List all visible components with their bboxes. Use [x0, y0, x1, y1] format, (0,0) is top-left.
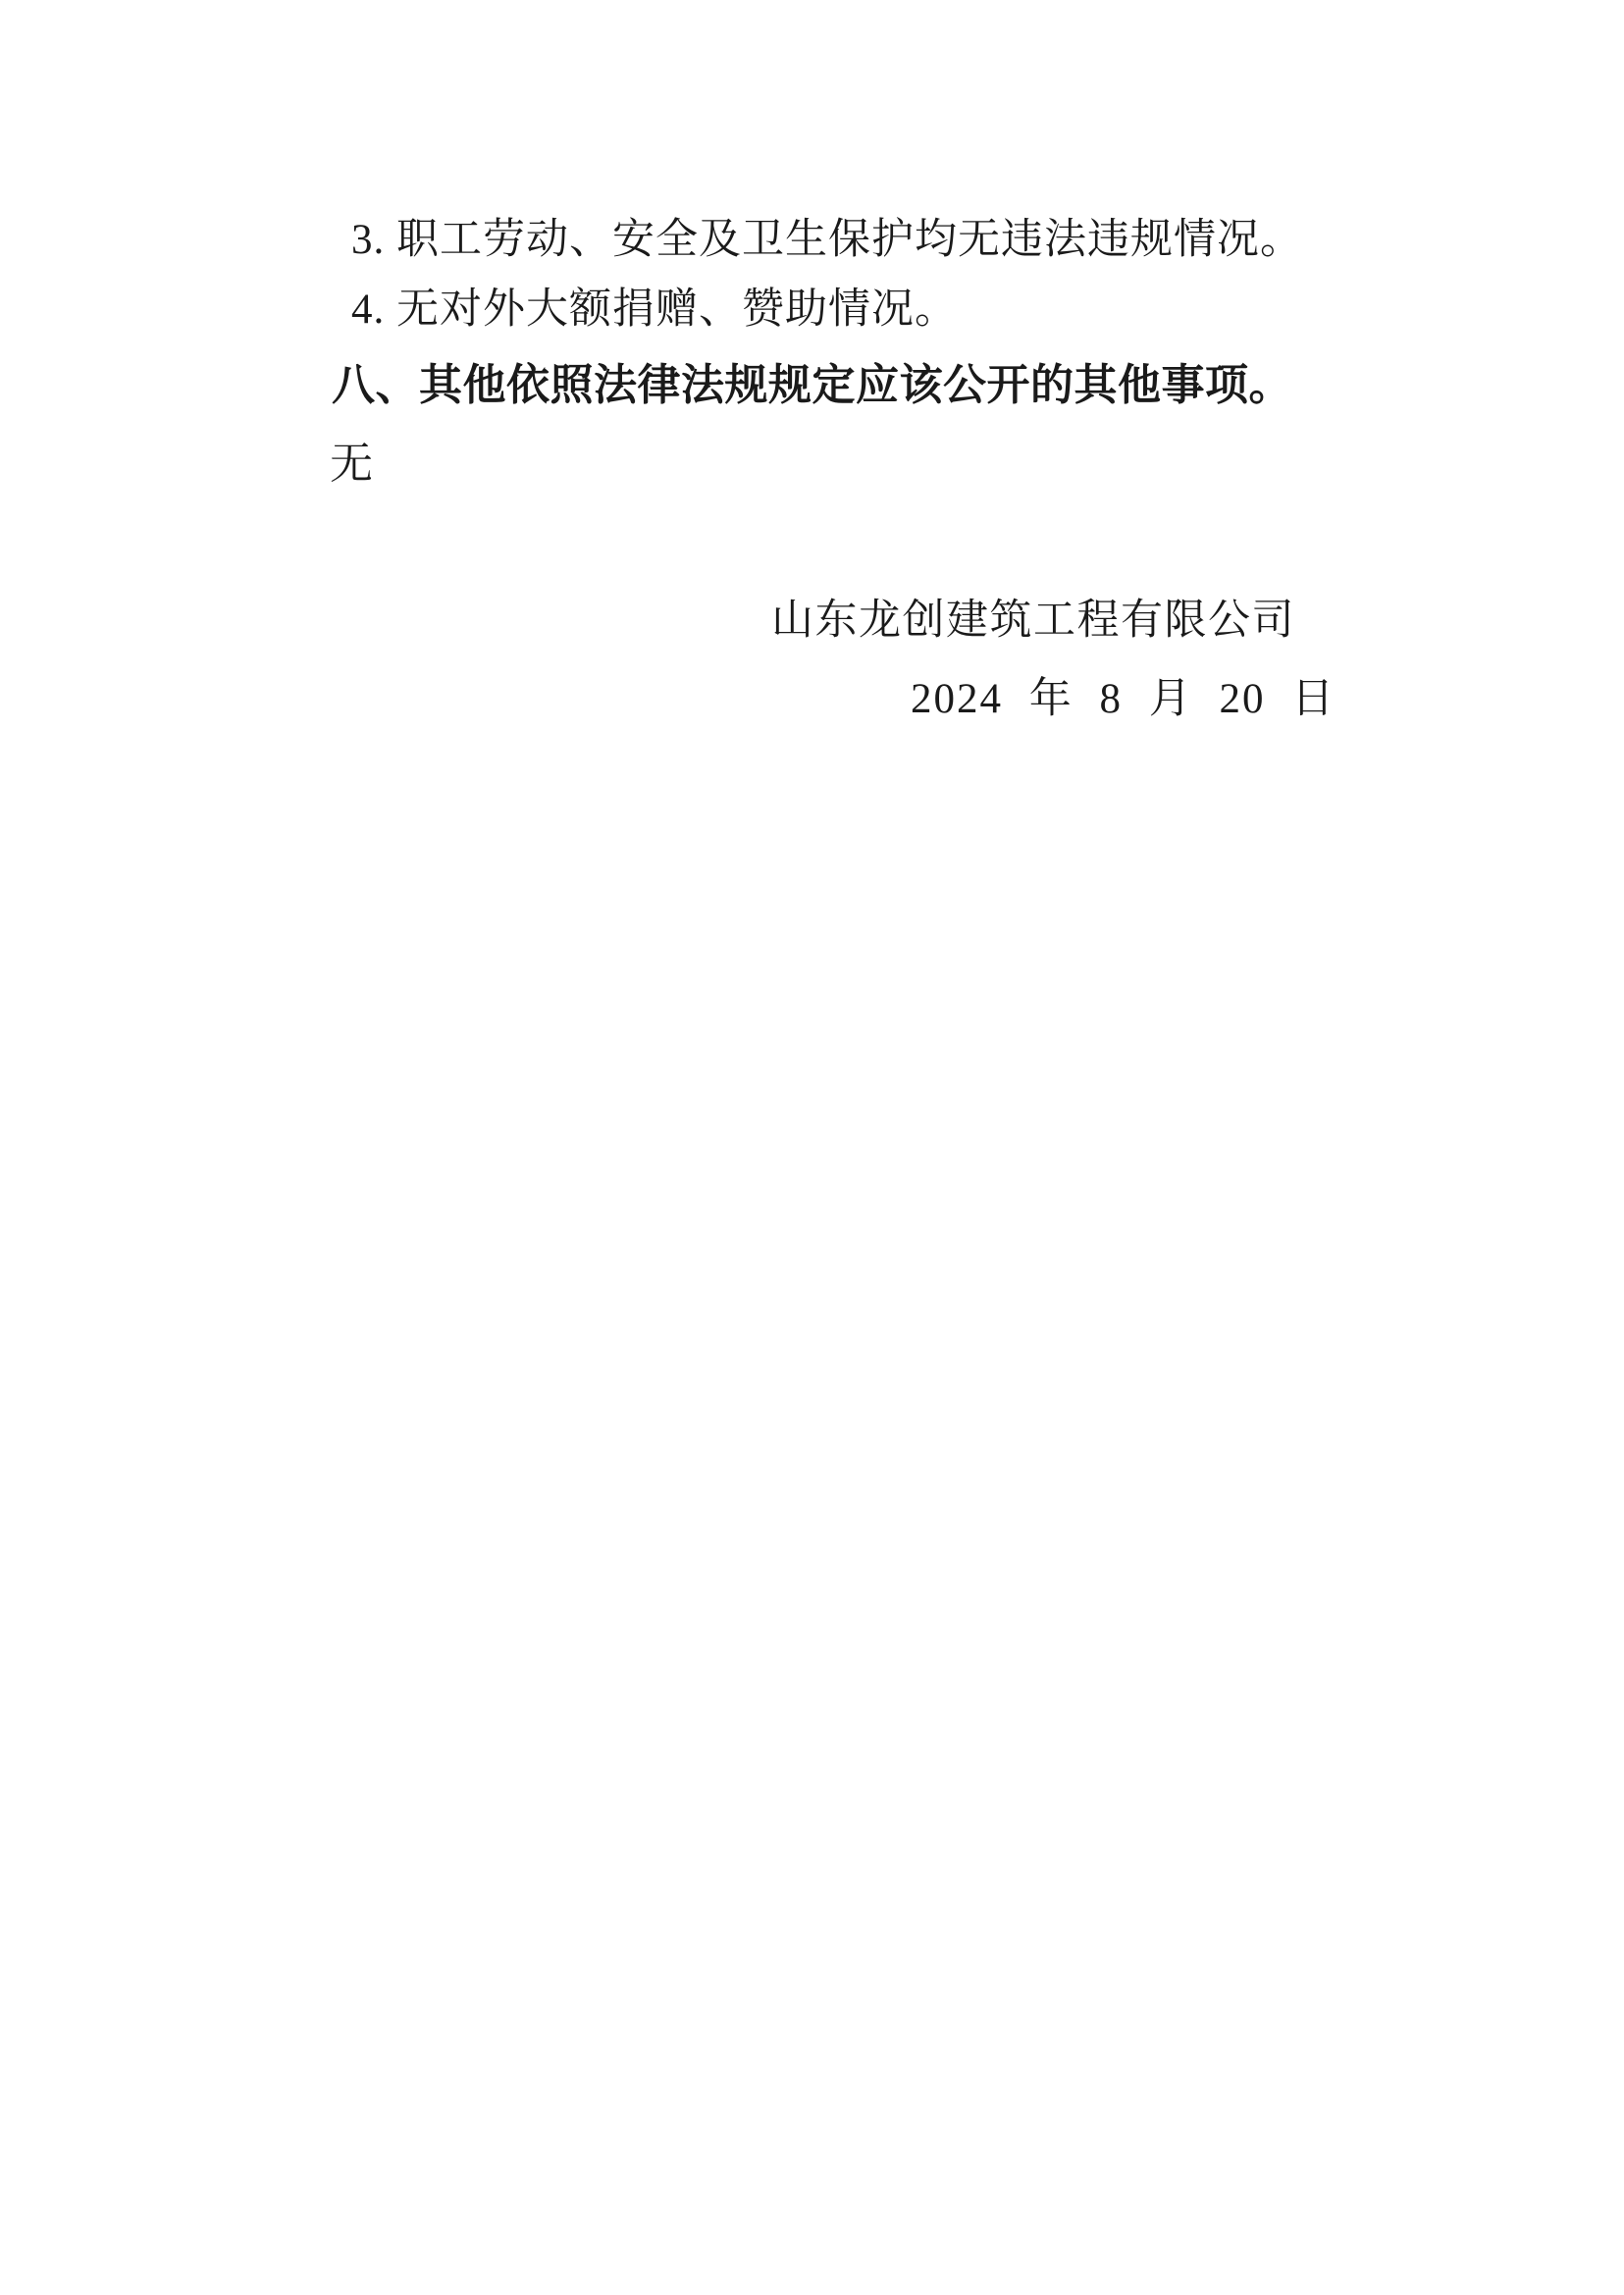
section-heading-other-matters: 八、其他依照法律法规规定应该公开的其他事项。	[332, 364, 1292, 407]
document-page: 3. 职工劳动、安全及卫生保护均无违法违规情况。 4. 无对外大额捐赠、赞助情况…	[0, 0, 1624, 2295]
signature-date: 2024 年 8 月 20 日	[911, 678, 1336, 720]
signature-company-name: 山东龙创建筑工程有限公司	[771, 600, 1295, 642]
section-body-none: 无	[330, 443, 374, 486]
list-item-labor-safety: 3. 职工劳动、安全及卫生保护均无违法违规情况。	[351, 219, 1303, 261]
list-item-donations: 4. 无对外大额捐赠、赞助情况。	[351, 288, 958, 331]
